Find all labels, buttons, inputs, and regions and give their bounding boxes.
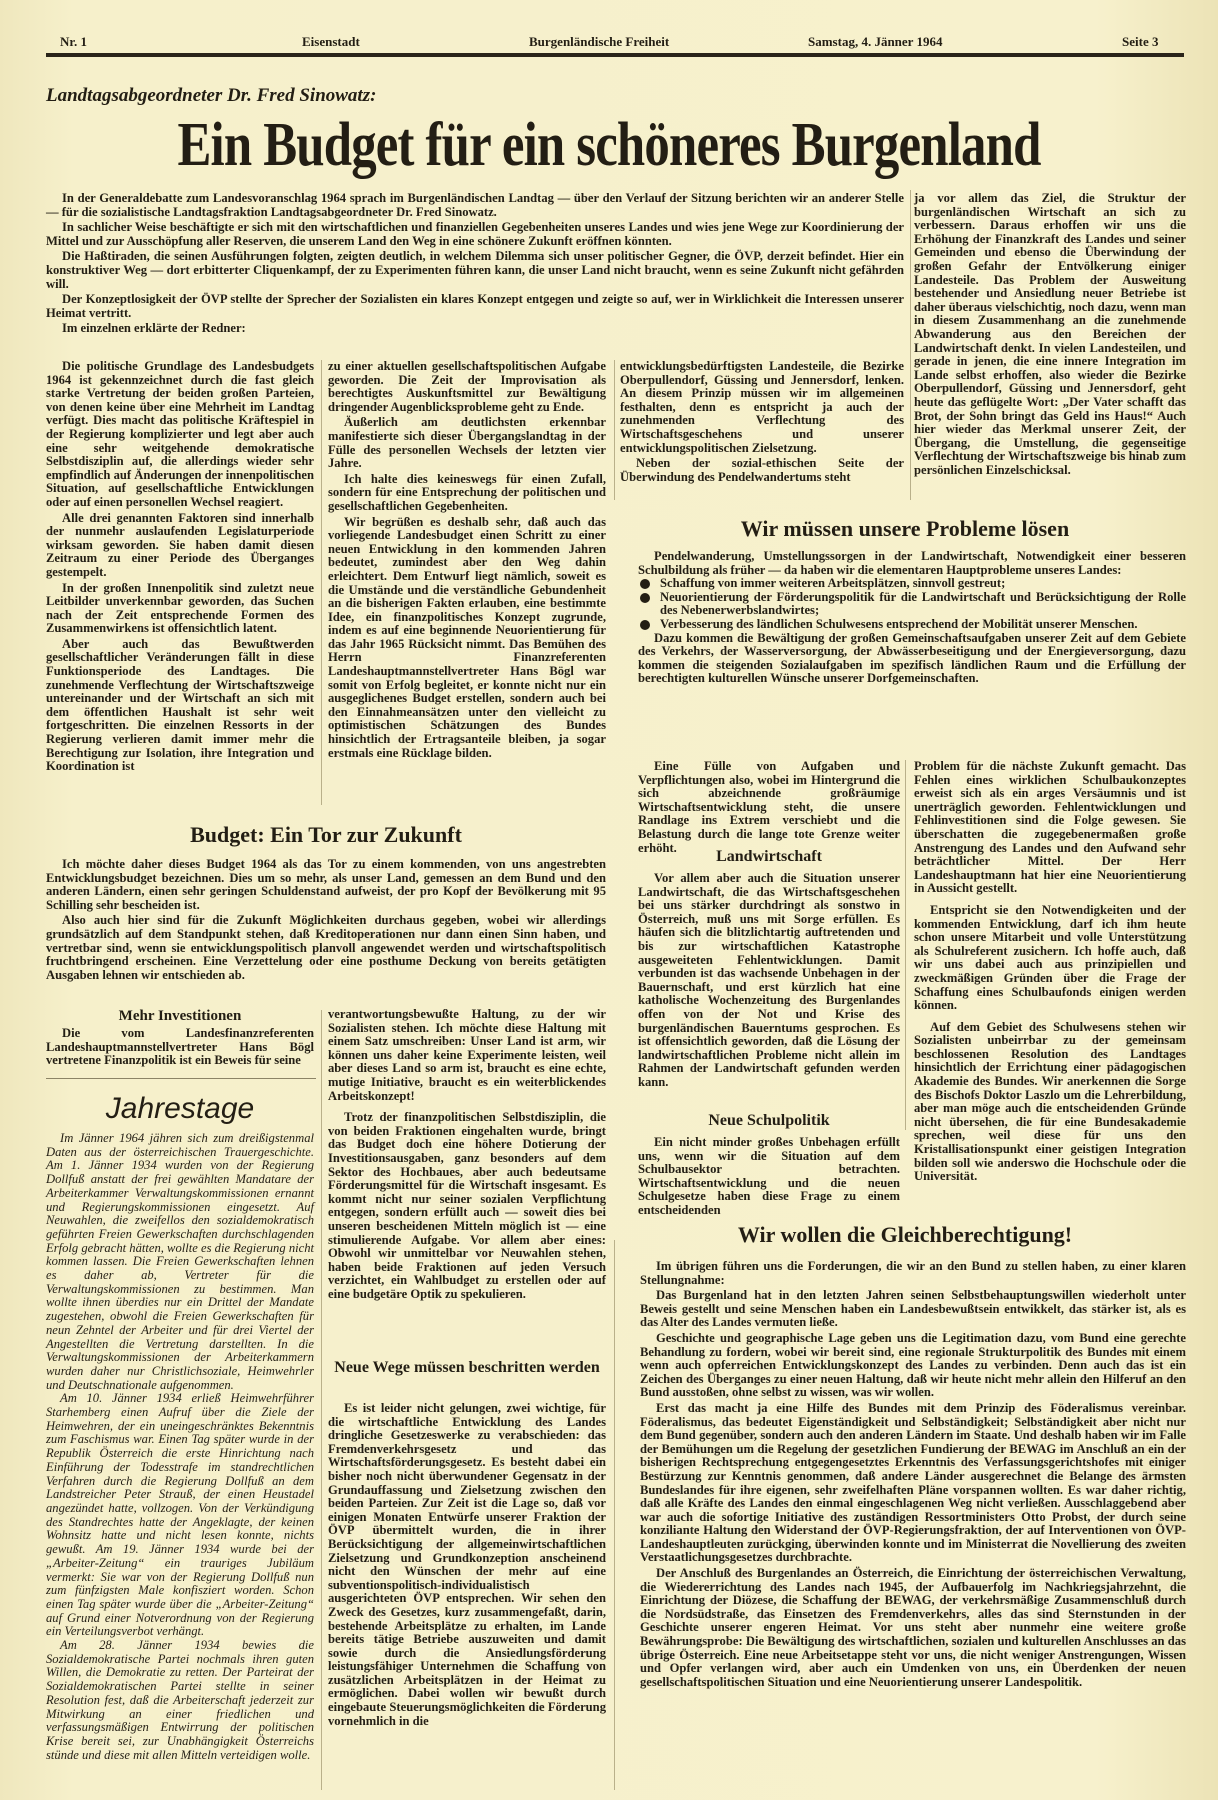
paragraph: Im übrigen führen uns die Forderungen, d…	[640, 1260, 1186, 1287]
paragraph: Neben der sozial-ethischen Seite der Übe…	[620, 457, 904, 484]
paragraph: Der Anschluß des Burgenlandes an Österre…	[640, 1567, 1186, 1689]
section-title-schulpolitik: Neue Schulpolitik	[638, 1112, 900, 1130]
column-divider	[910, 190, 911, 500]
lead-paragraph: Der Konzeptlosigkeit der ÖVP stellte der…	[46, 293, 904, 320]
problem-list: Schaffung von immer weiteren Arbeitsplät…	[638, 577, 1186, 631]
paragraph: Geschichte und geographische Lage geben …	[640, 1332, 1186, 1400]
date: Samstag, 4. Jänner 1964	[808, 34, 942, 50]
paragraph: Die politische Grundlage des Landesbudge…	[46, 360, 314, 510]
column-3: entwicklungsbedürftigsten Landesteile, d…	[620, 360, 904, 484]
city: Eisenstadt	[302, 34, 360, 50]
section-problems: Pendelwanderung, Umstellungssorgen in de…	[638, 550, 1186, 686]
paragraph: Im Jänner 1964 jähren sich zum dreißigst…	[46, 1132, 314, 1392]
section-title-neue-wege: Neue Wege müssen beschritten werden	[328, 1358, 606, 1378]
paragraph: Auf dem Gebiet des Schulwesens stehen wi…	[914, 1021, 1186, 1184]
article-headline: Ein Budget für ein schöneres Burgenland	[110, 110, 1109, 180]
column-divider	[321, 1010, 322, 1790]
paragraph: Entspricht sie den Notwendigkeiten und d…	[914, 904, 1186, 1013]
paragraph: Ich möchte daher dieses Budget 1964 als …	[46, 858, 606, 912]
paragraph: Wir begrüßen es deshalb sehr, daß auch d…	[328, 516, 606, 761]
right-column-top: ja vor allem das Ziel, die Struktur der …	[914, 192, 1186, 477]
sidebar-rule	[46, 1078, 316, 1079]
section-title-problems: Wir müssen unsere Probleme lösen	[620, 516, 1190, 542]
article-kicker: Landtagsabgeordneter Dr. Fred Sinowatz:	[46, 85, 376, 107]
newspaper-name: Burgenländische Freiheit	[529, 34, 669, 50]
lead-paragraph: Im einzelnen erklärte der Redner:	[46, 322, 904, 336]
paragraph: Eine Fülle von Aufgaben und Verpflichtun…	[638, 760, 900, 855]
header-rule	[46, 53, 1184, 57]
column-2: zu einer aktuellen gesellschaftspolitisc…	[328, 360, 606, 760]
column-divider	[905, 760, 906, 1130]
lead-paragraph: In sachlicher Weise beschäftigte er sich…	[46, 221, 904, 248]
problems-left-column: Eine Fülle von Aufgaben und Verpflichtun…	[638, 760, 900, 855]
paragraph: ja vor allem das Ziel, die Struktur der …	[914, 192, 1186, 477]
lead-paragraph: Die Haßtiraden, die seinen Ausführungen …	[46, 250, 904, 291]
page-number: Seite 3	[1122, 34, 1158, 50]
paragraph: In der großen Innenpolitik sind zuletzt …	[46, 582, 314, 636]
sidebar-jahrestage: Im Jänner 1964 jähren sich zum dreißigst…	[46, 1132, 314, 1762]
section-neue-wege: Es ist leider nicht gelungen, zwei wicht…	[328, 1402, 606, 1728]
list-item: Schaffung von immer weiteren Arbeitsplät…	[638, 577, 1186, 591]
lead-paragraph: In der Generaldebatte zum Landesvoransch…	[46, 192, 904, 219]
paragraph: Alle drei genannten Faktoren sind innerh…	[46, 512, 314, 580]
section-schulpolitik: Ein nicht minder großes Unbehagen erfüll…	[638, 1136, 900, 1218]
section-title-budget: Budget: Ein Tor zur Zukunft	[46, 822, 606, 848]
issue-number: Nr. 1	[60, 34, 87, 50]
paragraph: Am 10. Jänner 1934 erließ Heimwehrführer…	[46, 1392, 314, 1639]
column-2-lower: verantwortungsbewußte Haltung, zu der wi…	[328, 1008, 606, 1301]
section-gleichberechtigung: Im übrigen führen uns die Forderungen, d…	[640, 1260, 1186, 1689]
problems-right-column: Problem für die nächste Zukunft gemacht.…	[914, 760, 1186, 1184]
page-header: Nr. 1 Eisenstadt Burgenländische Freihei…	[60, 34, 1185, 50]
sidebar-title: Jahrestage	[46, 1092, 314, 1126]
list-item: Verbesserung des ländlichen Schulwesens …	[638, 618, 1186, 632]
paragraph: Problem für die nächste Zukunft gemacht.…	[914, 760, 1186, 896]
paragraph: Äußerlich am deutlichsten erkennbar mani…	[328, 416, 606, 470]
paragraph: zu einer aktuellen gesellschaftspolitisc…	[328, 360, 606, 414]
list-item: Neuorientierung der Förderungspolitik fü…	[638, 591, 1186, 618]
section-investitionen: Die vom Landesfinanzreferenten Landeshau…	[46, 1027, 314, 1068]
paragraph: Die vom Landesfinanzreferenten Landeshau…	[46, 1027, 314, 1068]
paragraph: Pendelwanderung, Umstellungssorgen in de…	[638, 550, 1186, 577]
section-title-landwirtschaft: Landwirtschaft	[638, 848, 900, 866]
paragraph: Trotz der finanzpolitischen Selbstdiszip…	[328, 1111, 606, 1301]
paragraph: Erst das macht ja eine Hilfe des Bundes …	[640, 1402, 1186, 1565]
paragraph: Dazu kommen die Bewältigung der großen G…	[638, 632, 1186, 686]
section-budget: Ich möchte daher dieses Budget 1964 als …	[46, 858, 606, 982]
paragraph: verantwortungsbewußte Haltung, zu der wi…	[328, 1008, 606, 1103]
newspaper-page: Nr. 1 Eisenstadt Burgenländische Freihei…	[0, 0, 1218, 1800]
paragraph: Ein nicht minder großes Unbehagen erfüll…	[638, 1136, 900, 1218]
column-divider	[614, 360, 615, 500]
column-divider	[321, 360, 322, 805]
paragraph: Am 28. Jänner 1934 bewies die Sozialdemo…	[46, 1639, 314, 1762]
section-landwirtschaft: Vor allem aber auch die Situation unsere…	[638, 872, 900, 1090]
paragraph: Aber auch das Bewußtwerden gesellschaftl…	[46, 638, 314, 774]
paragraph: Vor allem aber auch die Situation unsere…	[638, 872, 900, 1090]
section-title-gleichberechtigung: Wir wollen die Gleichberechtigung!	[620, 1222, 1190, 1248]
article-lead: In der Generaldebatte zum Landesvoransch…	[46, 192, 904, 336]
column-divider	[614, 1240, 615, 1790]
paragraph: Also auch hier sind für die Zukunft Mögl…	[46, 914, 606, 982]
section-title-investitionen: Mehr Investitionen	[46, 1008, 314, 1025]
paragraph: Das Burgenland hat in den letzten Jahren…	[640, 1289, 1186, 1330]
paragraph: Ich halte dies keineswegs für einen Zufa…	[328, 473, 606, 514]
paragraph: Es ist leider nicht gelungen, zwei wicht…	[328, 1402, 606, 1728]
column-1: Die politische Grundlage des Landesbudge…	[46, 360, 314, 774]
paragraph: entwicklungsbedürftigsten Landesteile, d…	[620, 360, 904, 455]
